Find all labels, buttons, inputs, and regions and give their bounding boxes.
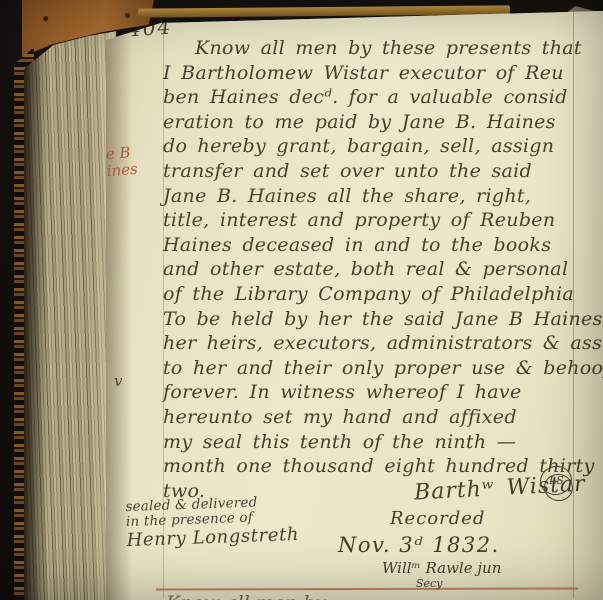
recorder-title: Secy — [416, 577, 501, 590]
manuscript-line: my seal this tenth of the ninth — — [163, 430, 577, 455]
manuscript-line: To be held by her the said Jane B Haines — [163, 307, 577, 332]
manuscript-line: do hereby grant, bargain, sell, assign — [163, 134, 577, 159]
manuscript-line: eration to me paid by Jane B. Haines — [163, 110, 577, 135]
seal-flourish: LS — [538, 462, 576, 504]
seal-text: LS — [549, 474, 564, 487]
ledger-photo: 404 Jane B Haines v Know all men by thes… — [0, 0, 603, 600]
attestation-block: sealed & delivered in the presence of He… — [125, 494, 299, 548]
manuscript-page: 404 Jane B Haines v Know all men by thes… — [106, 0, 603, 600]
manuscript-line: her heirs, executors, administrators & a… — [163, 331, 577, 356]
deed-body-text: Know all men by these presents thatI Bar… — [163, 36, 577, 503]
manuscript-line: I Bartholomew Wistar executor of Reu — [163, 61, 577, 86]
manuscript-line: of the Library Company of Philadelphia — [163, 282, 577, 307]
manuscript-line: hereunto set my hand and affixed — [163, 405, 577, 430]
manuscript-line: ben Haines decᵈ. for a valuable consid — [163, 85, 577, 110]
recorder-signature: Willᵐ Rawle jun — [382, 559, 501, 577]
recorded-block: Recorded Nov. 3ᵈ 1832. Willᵐ Rawle jun S… — [338, 508, 501, 590]
page-edge-stack — [24, 0, 116, 600]
manuscript-line: Haines deceased in and to the books — [163, 233, 577, 258]
manuscript-line: Know all men by these presents that — [163, 36, 577, 61]
margin-check-mark: v — [114, 372, 122, 390]
manuscript-line: to her and their only proper use & behoo… — [163, 356, 577, 381]
recorded-date: Nov. 3ᵈ 1832. — [338, 533, 501, 557]
manuscript-line: title, interest and property of Reuben — [163, 208, 577, 233]
next-entry-fragment: Know all men by — [166, 592, 566, 600]
manuscript-line: transfer and set over unto the said — [163, 159, 577, 184]
recorded-label: Recorded — [390, 508, 501, 529]
manuscript-line: forever. In witness whereof I have — [163, 380, 577, 405]
manuscript-line: Jane B. Haines all the share, right, — [163, 184, 577, 209]
witness-signature: Henry Longstreth — [126, 527, 299, 548]
manuscript-line: and other estate, both real & personal — [163, 257, 577, 282]
